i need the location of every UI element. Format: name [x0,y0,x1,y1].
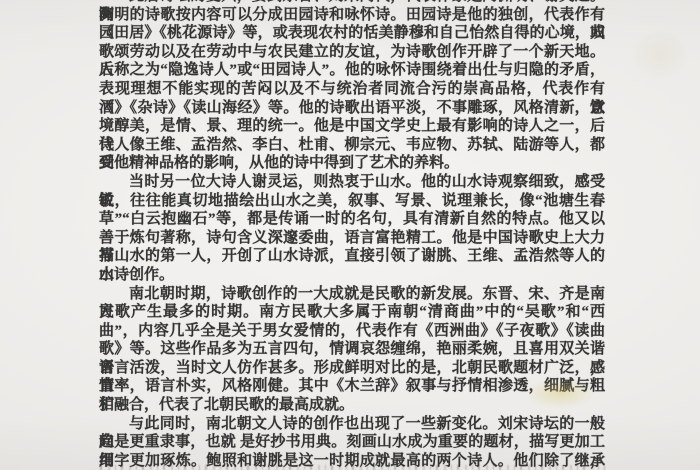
text-line: 写山水的第一人，开创了山水诗派，直接引领了谢朓、王维、孟浩然等人的山 [99,247,605,266]
document-text: 此后诗坛的复兴，要到东晋、刘宋两代，代表作家是陶渊明、谢灵运。陶渊明的诗歌按内容… [99,0,605,470]
text-line: 相融合，代表了北朝民歌的最高成就。 [99,396,605,415]
text-line: 歌》等。这些作品多为五言四句，情调哀怨缠绵，艳丽柔婉，且喜用双关谐音， [99,340,605,359]
text-line: 境醇美，是情、景、理的统一。他是中国文学史上最有影响的诗人之一，后代 [99,117,605,136]
cropped-line-fragment [100,465,605,470]
text-line: 歌颂劳动以及在劳动中与农民建立的友谊，为诗歌创作开辟了一个新天地。后 [99,43,605,62]
text-line: 诗人像王维、孟浩然、李白、杜甫、柳宗元、韦应物、苏轼、陆游等人，都受 [99,136,605,155]
text-line: 当时另一位大诗人谢灵运，则热衷于山水。他的山水诗观察细致，感受敏 [99,173,605,192]
text-line: 直率，语言朴实，风格刚健。其中《木兰辞》叙事与抒情相渗透，细腻与粗犷 [99,377,605,396]
text-line: 渊明的诗歌按内容可以分成田园诗和咏怀诗。田园诗是他的独创，代表作有《归 [99,6,605,25]
text-line: 南北朝时期，诗歌创作的一大成就是民歌的新发展。东晋、宋、齐是南方 [99,285,605,304]
text-line: 曲”，内容几乎全是关于男女爱情的，代表作有《西洲曲》《子夜歌》《读曲 [99,322,605,341]
text-line: 园田居》《桃花源诗》等，或表现农村的恬美静穆和自己怡然自得的心境，或 [99,24,605,43]
text-line: 语言活泼，当时文人仿作甚多。形成鲜明对比的是，北朝民歌题材广泛，感情 [99,359,605,378]
text-line: 人称之为“隐逸诗人”或“田园诗人”。他的咏怀诗围绕着出仕与归隐的矛盾， [99,61,605,80]
text-line: 水诗创作。 [99,266,605,285]
text-line: 锐，往往能真切地描绘出山水之美，叙事、写景、说理兼长，像“池塘生春 [99,192,605,211]
text-line: 善于炼句著称，诗句含义深邃委曲，语言富艳精工。他是中国诗歌史上大力描 [99,229,605,248]
text-line: 草”“白云抱幽石”等，都是传诵一时的名句，具有清新自然的特点。他又以 [99,210,605,229]
scanned-document-page: 此后诗坛的复兴，要到东晋、刘宋两代，代表作家是陶渊明、谢灵运。陶渊明的诗歌按内容… [0,0,700,470]
text-line: 此后诗坛的复兴，要到东晋、刘宋两代，代表作家是陶渊明、谢灵运。陶 [99,0,605,6]
text-line: 酒》《杂诗》《读山海经》等。他的诗歌出语平淡，不事雕琢，风格清新，意 [99,99,605,118]
text-line: 向是更重隶事，也就 是好抄书用典。刻画山水成为重要的题材，描写更加工细， [99,433,605,452]
text-line: 到他精神品格的影响，从他的诗中得到了艺术的养料。 [99,154,605,173]
text-line: 与此同时，南北朝文人诗的创作也出现了一些新变化。刘宋诗坛的一般趋 [99,415,605,434]
page-stain [630,30,690,80]
text-line: 表现理想不能实现的苦闷以及不与统治者同流合污的崇高品格，代表作有《饮 [99,80,605,99]
text-line: 民歌产生最多的时期。南方民歌大多属于南朝“清商曲”中的“吴歌”和“西 [99,303,605,322]
